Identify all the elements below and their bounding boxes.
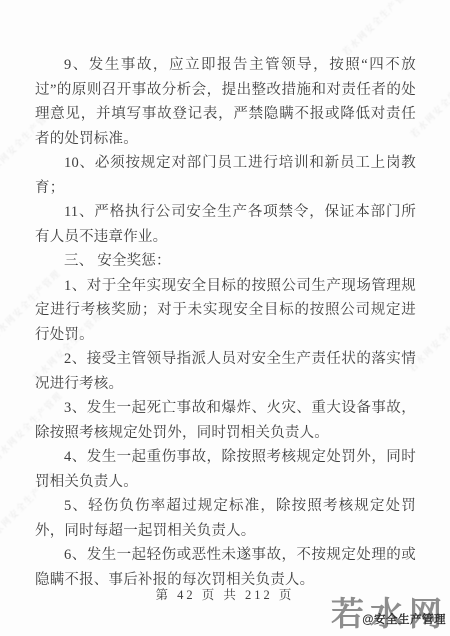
paragraph-item-2: 2、接受主管领导指派人员对安全生产责任状的落实情况进行考核。 [35, 347, 416, 396]
paragraph-item-5: 5、轻伤负伤率超过规定标准，除按照考核规定处罚外，同时每超一起罚相关负责人。 [35, 494, 416, 543]
paragraph-item-11: 11、严格执行公司安全生产各项禁令，保证本部门所有人员不违章作业。 [35, 200, 416, 249]
paragraph-item-9: 9、发生事故，应立即报告主管领导，按照“四不放过”的原则召开事故分析会，提出整改… [35, 53, 416, 151]
paragraph-item-4: 4、发生一起重伤事故，除按照考核规定处罚外，同时罚相关负责人。 [35, 445, 416, 494]
document-body: 9、发生事故，应立即报告主管领导，按照“四不放过”的原则召开事故分析会，提出整改… [35, 53, 416, 592]
diagonal-watermark: 若水网安全生产管理 [339, 0, 415, 59]
site-watermark-handle: @安全生产管理 [362, 611, 446, 627]
paragraph-item-3: 3、发生一起死亡事故和爆炸、火灾、重大设备事故，除按照考核规定处罚外，同时罚相关… [35, 396, 416, 445]
document-page: 若水网安全生产管理 若水网安全生产管理 若水网安全生产管理 若水网安全生产管理 … [0, 0, 450, 636]
paragraph-item-1: 1、对于全年实现安全目标的按照公司生产现场管理规定进行考核奖励；对于未实现安全目… [35, 274, 416, 348]
paragraph-item-10: 10、必须按规定对部门员工进行培训和新员工上岗教育； [35, 151, 416, 200]
site-watermark: 若水网 @安全生产管理 [328, 592, 448, 634]
section-heading: 三、 安全奖惩： [35, 249, 416, 274]
